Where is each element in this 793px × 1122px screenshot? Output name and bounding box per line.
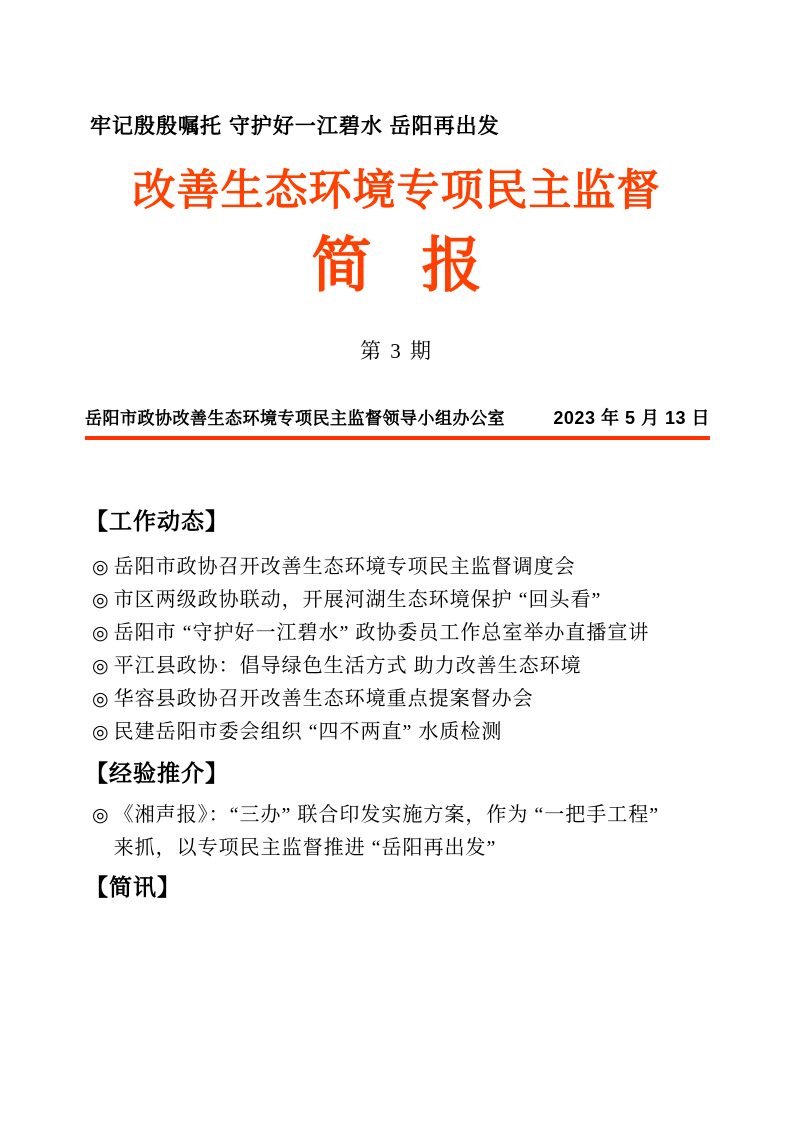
section-heading-briefs: 【简讯】: [85, 874, 181, 902]
list-item: ◎ 华容县政协召开改善生态环境重点提案督办会: [92, 683, 733, 716]
publisher-name: 岳阳市政协改善生态环境专项民主监督领导小组办公室: [85, 404, 505, 429]
bulletin-title: 改善生态环境专项民主监督: [0, 168, 793, 216]
publish-date: 2023 年 5 月 13 日: [553, 404, 710, 430]
bullseye-bullet-icon: ◎: [92, 617, 110, 650]
list-item: ◎ 平江县政协：倡导绿色生活方式 助力改善生态环境: [92, 650, 733, 683]
list-item-text: 民建岳阳市委会组织 “四不两直” 水质检测: [114, 716, 503, 749]
list-item: ◎ 市区两级政协联动，开展河湖生态环境保护 “回头看”: [92, 584, 733, 617]
bullseye-bullet-icon: ◎: [92, 650, 110, 683]
bulletin-name-char-bao: 报: [422, 233, 482, 299]
list-item: ◎ 民建岳阳市委会组织 “四不两直” 水质检测: [92, 716, 733, 749]
issue-number: 第 3 期: [0, 338, 793, 365]
masthead-slogan: 牢记殷殷嘱托 守护好一江碧水 岳阳再出发: [90, 113, 500, 140]
list-item: ◎ 岳阳市 “守护好一江碧水” 政协委员工作总室举办直播宣讲: [92, 617, 733, 650]
list-item-line: 《湘声报》：“三办” 联合印发实施方案，作为 “一把手工程”: [114, 799, 660, 832]
bullseye-bullet-icon: ◎: [92, 584, 110, 617]
work-updates-list: ◎ 岳阳市政协召开改善生态环境专项民主监督调度会 ◎ 市区两级政协联动，开展河湖…: [92, 551, 733, 749]
bulletin-name: 简 报: [0, 233, 793, 299]
list-item-text: 岳阳市政协召开改善生态环境专项民主监督调度会: [114, 551, 576, 584]
section-heading-work-updates: 【工作动态】: [85, 508, 229, 536]
list-item-text: 市区两级政协联动，开展河湖生态环境保护 “回头看”: [114, 584, 602, 617]
meta-row: 岳阳市政协改善生态环境专项民主监督领导小组办公室 2023 年 5 月 13 日: [85, 404, 710, 430]
bulletin-name-char-jian: 简: [312, 233, 372, 299]
bullseye-bullet-icon: ◎: [92, 716, 110, 749]
experience-list: ◎ 《湘声报》：“三办” 联合印发实施方案，作为 “一把手工程” 来抓，以专项民…: [92, 799, 733, 865]
list-item-text: 华容县政协召开改善生态环境重点提案督办会: [114, 683, 534, 716]
section-heading-experience: 【经验推介】: [85, 760, 229, 788]
list-item: ◎ 岳阳市政协召开改善生态环境专项民主监督调度会: [92, 551, 733, 584]
bullseye-bullet-icon: ◎: [92, 799, 110, 832]
list-item-text: 平江县政协：倡导绿色生活方式 助力改善生态环境: [114, 650, 582, 683]
red-divider-rule: [85, 436, 710, 440]
bullseye-bullet-icon: ◎: [92, 551, 110, 584]
list-item: ◎ 《湘声报》：“三办” 联合印发实施方案，作为 “一把手工程” 来抓，以专项民…: [92, 799, 733, 865]
list-item-line: 来抓，以专项民主监督推进 “岳阳再出发”: [114, 832, 660, 865]
bullseye-bullet-icon: ◎: [92, 683, 110, 716]
bulletin-page: 牢记殷殷嘱托 守护好一江碧水 岳阳再出发 改善生态环境专项民主监督 简 报 第 …: [0, 0, 793, 1122]
list-item-text: 岳阳市 “守护好一江碧水” 政协委员工作总室举办直播宣讲: [114, 617, 650, 650]
list-item-text: 《湘声报》：“三办” 联合印发实施方案，作为 “一把手工程” 来抓，以专项民主监…: [114, 799, 660, 865]
